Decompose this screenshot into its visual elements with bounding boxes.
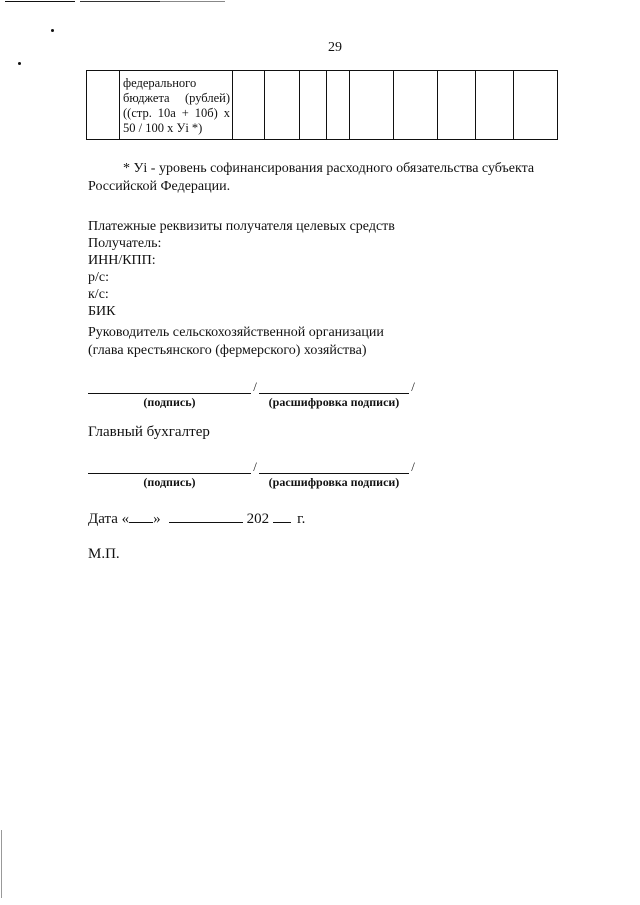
signature-field[interactable]	[88, 377, 251, 394]
signature-caption: (подпись)	[88, 475, 251, 489]
date-line: Дата « » 202 г.	[88, 508, 305, 528]
label-line: 50 / 100 х Уi *)	[123, 121, 230, 136]
separator-slash: /	[251, 460, 259, 474]
bik-label: БИК	[88, 303, 395, 320]
budget-table: федерального бюджета(рублей) ((стр.10а+1…	[86, 70, 558, 140]
page-number: 29	[0, 40, 640, 56]
label-line: бюджета(рублей)	[123, 91, 230, 106]
table-cell-empty	[476, 71, 514, 140]
scan-artifact-left-line	[1, 830, 2, 898]
date-year-suffix: г.	[297, 511, 305, 528]
account-label: р/с:	[88, 269, 395, 286]
separator-slash: /	[251, 380, 259, 394]
requisites-title: Платежные реквизиты получателя целевых с…	[88, 218, 395, 235]
decoding-caption: (расшифровка подписи)	[259, 395, 409, 409]
date-close-quote: »	[153, 511, 161, 528]
signature-decoding-field[interactable]	[259, 457, 409, 474]
signature-field[interactable]	[88, 457, 251, 474]
head-subtitle: (глава крестьянского (фермерского) хозяй…	[88, 342, 384, 360]
corr-account-label: к/с:	[88, 286, 395, 303]
footnote: * Уi - уровень софинансирования расходно…	[88, 160, 576, 196]
stamp-place-label: М.П.	[88, 546, 120, 563]
table-cell-empty	[350, 71, 394, 140]
head-title: Руководитель сельскохозяйственной органи…	[88, 324, 384, 342]
table-cell-empty	[87, 71, 120, 140]
table-cell-empty	[514, 71, 558, 140]
label-line: федерального	[123, 76, 230, 91]
scan-artifact-dot	[51, 29, 54, 32]
date-year-prefix: 202	[247, 511, 270, 528]
signature-decoding-field[interactable]	[259, 377, 409, 394]
footnote-line: * Уi - уровень софинансирования расходно…	[88, 160, 576, 178]
accountant-signature-block: / / (подпись) (расшифровка подписи)	[88, 456, 428, 489]
table-row: федерального бюджета(рублей) ((стр.10а+1…	[87, 71, 558, 140]
inn-kpp-label: ИНН/КПП:	[88, 252, 395, 269]
table-cell-empty	[438, 71, 476, 140]
separator-slash: /	[409, 380, 417, 394]
table-cell-empty	[265, 71, 300, 140]
date-day-field[interactable]	[129, 508, 153, 523]
footnote-line: Российской Федерации.	[88, 178, 576, 196]
table-cell-label: федерального бюджета(рублей) ((стр.10а+1…	[120, 71, 233, 140]
chief-accountant-label: Главный бухгалтер	[88, 424, 210, 441]
table-cell-empty	[233, 71, 265, 140]
date-label: Дата «	[88, 511, 129, 528]
table-cell-empty	[327, 71, 350, 140]
label-line: ((стр.10а+10б)х	[123, 106, 230, 121]
scan-artifact-dot	[18, 62, 21, 65]
signature-caption: (подпись)	[88, 395, 251, 409]
recipient-label: Получатель:	[88, 235, 395, 252]
payment-requisites: Платежные реквизиты получателя целевых с…	[88, 218, 395, 320]
scan-artifact-top-line	[5, 1, 225, 2]
date-month-field[interactable]	[169, 508, 243, 523]
date-year-field[interactable]	[273, 508, 291, 523]
separator-slash: /	[409, 460, 417, 474]
decoding-caption: (расшифровка подписи)	[259, 475, 409, 489]
organization-head: Руководитель сельскохозяйственной органи…	[88, 324, 384, 360]
table-cell-empty	[394, 71, 438, 140]
head-signature-block: / / (подпись) (расшифровка подписи)	[88, 376, 428, 409]
table-cell-empty	[300, 71, 327, 140]
